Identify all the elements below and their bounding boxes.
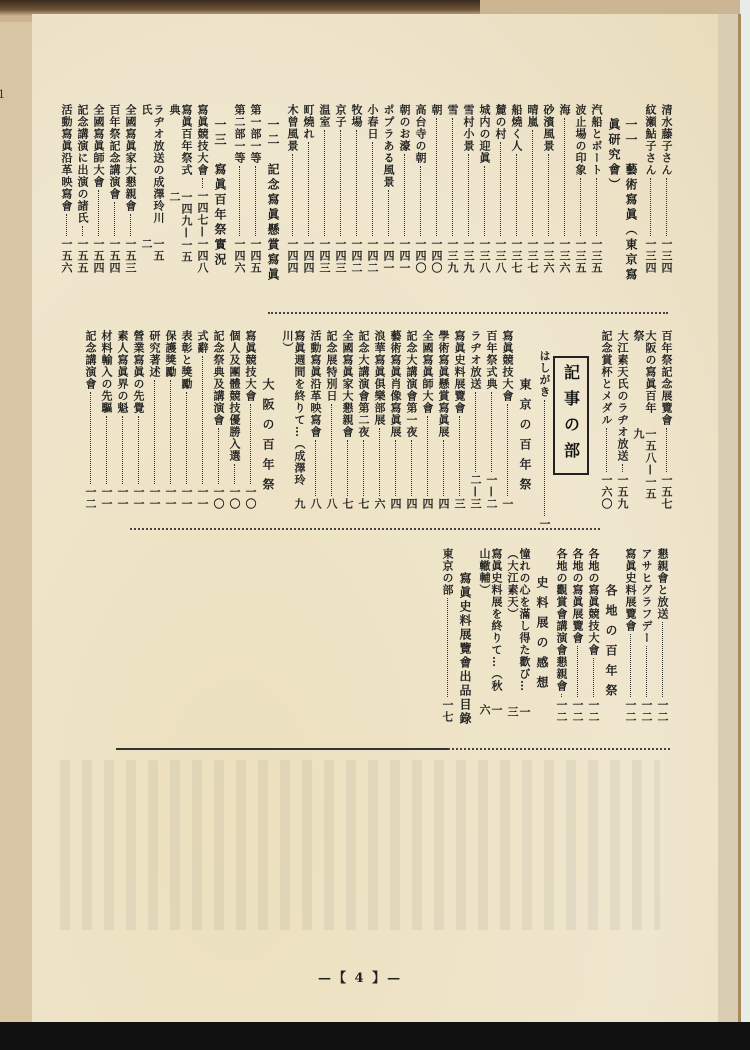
toc-entry[interactable]: 憧れの心を滿し得た歡び…（大江素天）一三 bbox=[506, 548, 530, 723]
toc-entry[interactable]: 大阪の寫眞百年祭一五八—一五九 bbox=[632, 330, 656, 510]
toc-entry[interactable]: 記念大講演會第一夜四 bbox=[405, 330, 417, 510]
toc-entry[interactable]: 朝のお濠一四一 bbox=[398, 104, 410, 274]
toc-entry[interactable]: 寫眞週間を終りて…（成澤玲川）九 bbox=[281, 330, 305, 510]
toc-entry[interactable]: 記念祭典及講演會一〇 bbox=[212, 330, 224, 510]
toc-entry[interactable]: 記念大講演會第二夜七 bbox=[357, 330, 369, 510]
toc-entry[interactable]: 百年祭式典一—二 bbox=[485, 330, 497, 510]
previous-page-strip: 1 bbox=[0, 22, 32, 1022]
toc-entry[interactable]: 京子一四三 bbox=[334, 104, 346, 274]
toc-entry[interactable]: 寫眞競技大會一四七—一四八 bbox=[196, 104, 208, 274]
toc-entry[interactable]: 活動寫眞沿革映寫會八 bbox=[309, 330, 321, 510]
toc-entry[interactable]: 清水藤子さん一三四 bbox=[660, 104, 672, 274]
section-heading-11: 一一 藝術寫眞（東京寫眞研究會） bbox=[606, 104, 640, 294]
toc-entry[interactable]: 麓の村一三八 bbox=[494, 104, 506, 274]
toc-entry[interactable]: 學術寫眞懸賞寫眞展四 bbox=[437, 330, 449, 510]
toc-entry[interactable]: 全國寫眞家大懇親會七 bbox=[341, 330, 353, 510]
upper-toc: 清水藤子さん一三四 紋瀬鮎子さん一三四 一一 藝術寫眞（東京寫眞研究會） 汽船と… bbox=[72, 104, 672, 294]
toc-entry[interactable]: 船燒く人一三七 bbox=[510, 104, 522, 274]
toc-entry[interactable]: 浪華寫眞俱樂部展六 bbox=[373, 330, 385, 510]
toc-entry[interactable]: アサヒグラフデー一二 bbox=[640, 548, 652, 723]
toc-entry[interactable]: 晴嵐一三七 bbox=[526, 104, 538, 274]
section-heading-osaka: 大阪の百年祭 bbox=[260, 330, 277, 520]
toc-entry[interactable]: 朝一四〇 bbox=[430, 104, 442, 274]
toc-entry[interactable]: 藝術寫眞肖像寫眞展四 bbox=[389, 330, 401, 510]
toc-entry[interactable]: 町燒れ一四四 bbox=[302, 104, 314, 274]
toc-entry[interactable]: 雪一三九 bbox=[446, 104, 458, 274]
toc-entry[interactable]: 各地の觀賞會講演會懇親會一二 bbox=[555, 548, 567, 723]
toc-entry[interactable]: 百年祭記念展覽會一五七 bbox=[660, 330, 672, 510]
divider-middle bbox=[130, 528, 600, 530]
toc-entry[interactable]: ラヂオ放送の成澤玲川氏一五二 bbox=[140, 104, 164, 274]
toc-entry[interactable]: 活動寫眞沿革映寫會一五六 bbox=[60, 104, 72, 274]
toc-entry[interactable]: 高台寺の朝一四〇 bbox=[414, 104, 426, 274]
toc-entry[interactable]: 記念賞杯とメダル一六〇 bbox=[600, 330, 612, 510]
toc-entry[interactable]: ラヂオ放送二—三 bbox=[469, 330, 481, 510]
toc-entry[interactable]: 全國寫眞家大懇親會一五三 bbox=[124, 104, 136, 274]
toc-entry[interactable]: 温室一四三 bbox=[318, 104, 330, 274]
page-number: —【 4 】— bbox=[318, 967, 402, 986]
toc-entry[interactable]: 紋瀬鮎子さん一三四 bbox=[644, 104, 656, 274]
toc-entry[interactable]: 城内の迎眞一三八 bbox=[478, 104, 490, 274]
toc-entry[interactable]: 寫眞百年祭式典一四九—一五二 bbox=[168, 104, 192, 274]
section-heading-catalog: 寫眞史料展覽會出品目錄 bbox=[457, 548, 474, 728]
divider-lower-dotted bbox=[448, 748, 670, 750]
toc-entry[interactable]: 寫眞競技大會一 bbox=[501, 330, 513, 510]
section-heading-regions: 各地の百年祭 bbox=[603, 548, 620, 728]
toc-entry[interactable]: 保護獎勵一一 bbox=[164, 330, 176, 510]
toc-entry[interactable]: 百年祭記念講演會一五四 bbox=[108, 104, 120, 274]
section-heading-13: 一三 寫眞百年祭實況 bbox=[212, 104, 229, 294]
toc-entry[interactable]: 牧場一四二 bbox=[350, 104, 362, 274]
scan-bottom-edge bbox=[0, 1022, 750, 1050]
toc-entry[interactable]: 表彰と獎勵一一 bbox=[180, 330, 192, 510]
section-heading-tokyo: 東京の百年祭 bbox=[517, 330, 534, 520]
toc-entry[interactable]: 雪村小景一三九 bbox=[462, 104, 474, 274]
bleed-through-text bbox=[60, 760, 660, 930]
toc-entry[interactable]: 寫眞史料展覽會一二 bbox=[624, 548, 636, 723]
toc-entry[interactable]: 記念講演に出演の諸氏一五五 bbox=[76, 104, 88, 274]
toc-entry[interactable]: 懇親會と放送一二 bbox=[656, 548, 668, 723]
toc-entry[interactable]: 海一三六 bbox=[558, 104, 570, 274]
toc-entry[interactable]: 記念講演會一二 bbox=[84, 330, 96, 510]
divider-lower bbox=[116, 748, 448, 750]
margin-number: 1 bbox=[0, 88, 5, 101]
toc-entry[interactable]: 砂濱風景一三六 bbox=[542, 104, 554, 274]
toc-entry[interactable]: 寫眞史料展覽會三 bbox=[453, 330, 465, 510]
toc-entry[interactable]: 第一部一等一四五 bbox=[249, 104, 261, 274]
toc-entry[interactable]: 全國寫眞師大會一五四 bbox=[92, 104, 104, 274]
lower-toc: 懇親會と放送一二 アサヒグラフデー一二 寫眞史料展覽會一二 各地の百年祭 各地の… bbox=[400, 548, 668, 728]
section-heading-12: 一二 記念寫眞懸賞寫眞 bbox=[265, 104, 282, 294]
toc-entry[interactable]: 式辭一一 bbox=[196, 330, 208, 510]
toc-entry[interactable]: 寫眞競技大會一〇 bbox=[244, 330, 256, 510]
toc-entry[interactable]: 全國寫眞師大會四 bbox=[421, 330, 433, 510]
article-section-title: 記事の部 bbox=[553, 356, 589, 475]
toc-entry[interactable]: 材料輸入の先驅一一 bbox=[100, 330, 112, 510]
divider-upper bbox=[268, 312, 668, 314]
section-heading-impressions: 史料展の感想 bbox=[534, 548, 551, 728]
toc-entry[interactable]: 寫眞史料展を終りて…（秋山轍輔）一六 bbox=[478, 548, 502, 723]
toc-entry[interactable]: 個人及團體競技優勝入選一〇 bbox=[228, 330, 240, 510]
toc-entry[interactable]: 東京の部一七 bbox=[441, 548, 453, 723]
toc-entry[interactable]: 研究著述一一 bbox=[148, 330, 160, 510]
toc-entry[interactable]: 木曾風景一四四 bbox=[286, 104, 298, 274]
toc-entry[interactable]: 汽船とボート一三五 bbox=[590, 104, 602, 274]
toc-entry[interactable]: 記念展特別日八 bbox=[325, 330, 337, 510]
toc-entry[interactable]: 各地の寫眞競技大會一二 bbox=[587, 548, 599, 723]
toc-entry-hashigaki[interactable]: はしがき一 bbox=[538, 330, 550, 530]
toc-entry[interactable]: 各地の寫眞展覽會一二 bbox=[571, 548, 583, 723]
toc-entry[interactable]: 第二部一等一四六 bbox=[233, 104, 245, 274]
toc-entry[interactable]: 素人寫眞界の魁一一 bbox=[116, 330, 128, 510]
toc-entry[interactable]: 波止場の印象一三五 bbox=[574, 104, 586, 274]
toc-entry[interactable]: 營業寫眞の先覺一一 bbox=[132, 330, 144, 510]
toc-entry[interactable]: 小春日一四二 bbox=[366, 104, 378, 274]
toc-entry[interactable]: 大江素天氏のラヂオ放送一五九 bbox=[616, 330, 628, 510]
toc-entry[interactable]: ポプラある風景一四一 bbox=[382, 104, 394, 274]
